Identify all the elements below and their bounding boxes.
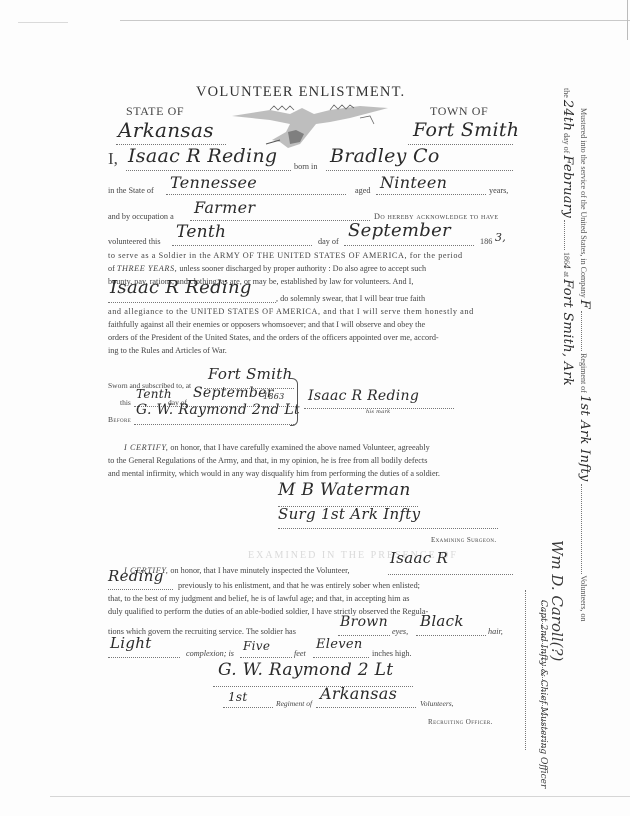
muster-regiment-label: Regiment of: [579, 353, 588, 393]
muster-title-line: [525, 590, 526, 750]
mustered-label: Mustered into the service of the United …: [579, 108, 588, 298]
inspected-name-line-2: [108, 589, 173, 590]
enlistment-text-line-5: of THREE YEARS, unless sooner discharged…: [108, 263, 513, 275]
hair-label: hair,: [488, 626, 503, 638]
day-of-label: day of: [318, 236, 339, 248]
enlistment-text-line-8: and allegiance to the UNITED STATES OF A…: [108, 306, 513, 318]
surgeon-cert-line-1: I CERTIFY, on honor, that I have careful…: [108, 442, 513, 454]
regiment-state: Arkansas: [320, 688, 397, 700]
inspected-name-line-1: [388, 574, 513, 575]
oath-text: , do solemnly swear, that I will bear tr…: [276, 293, 425, 305]
occupation-dotted-line: [190, 220, 370, 221]
complexion-label: complexion; is: [186, 648, 234, 660]
inspected-name-2: Reding: [108, 570, 164, 582]
sworn-bracket: [290, 378, 298, 426]
enlistment-text-line-9: faithfully against all their enemies or …: [108, 319, 513, 331]
surgeon-rank: Surg 1st Ark Infty: [278, 508, 420, 520]
muster-volunteers-on: Volunteers, on: [579, 575, 588, 621]
height-feet: Five: [243, 640, 270, 652]
born-in-label: born in: [294, 161, 317, 173]
age-dotted-line: [376, 194, 486, 195]
oath-name: Isaac R Reding: [110, 282, 252, 294]
sworn-day: Tenth: [136, 388, 172, 400]
hair-color-line: [416, 635, 486, 636]
feet-label: feet: [294, 648, 306, 660]
aged-label: aged: [355, 185, 370, 197]
surgeon-certify-label: I CERTIFY,: [124, 443, 168, 452]
volunteer-signature: Isaac R Reding: [308, 390, 419, 402]
page-edge-top: [120, 20, 630, 21]
inches-label: inches high.: [372, 648, 412, 660]
year-suffix: 3,: [495, 232, 506, 244]
muster-officer-title: Capt 2nd Infty & Chief Mustering Officer: [538, 600, 548, 788]
surgeon-cert-text-1: on honor, that I have carefully examined…: [170, 443, 429, 452]
year-prefix: 186: [480, 236, 492, 248]
month-dotted-line: [344, 245, 474, 246]
muster-regiment: 1st Ark Infty: [577, 395, 592, 482]
inspected-name-1: Isaac R: [390, 552, 448, 564]
document-title: VOLUNTEER ENLISTMENT.: [196, 86, 405, 98]
recruit-cert-text-1: on honor, that I have minutely inspected…: [170, 566, 349, 575]
i-label: I,: [108, 153, 118, 165]
town-of-label: TOWN OF: [430, 105, 488, 117]
recruit-cert-line-3: that, to the best of my judgment and bel…: [108, 593, 513, 605]
age-value: Ninteen: [380, 177, 447, 189]
three-years-text: THREE YEARS,: [117, 264, 177, 273]
page-edge-right: [627, 0, 628, 40]
muster-company: F: [577, 300, 592, 309]
regiment-number-line: [223, 707, 273, 708]
before-dotted-line: [134, 424, 294, 425]
sworn-this-label: this: [120, 397, 131, 409]
line5-post: unless sooner discharged by proper autho…: [179, 264, 426, 273]
eye-color-line: [338, 635, 390, 636]
eye-color: Brown: [340, 616, 388, 628]
muster-regiment-line: [581, 484, 582, 574]
enlistment-document-page: VOLUNTEER ENLISTMENT. STATE OF TOWN OF A…: [0, 0, 630, 816]
recruit-cert-line-1: I CERTIFY, on honor, that I have minutel…: [108, 565, 513, 577]
state-of-label: STATE OF: [126, 105, 184, 117]
volunteered-label: volunteered this: [108, 236, 161, 248]
page-edge-bottom: [50, 796, 630, 797]
height-feet-line: [240, 657, 292, 658]
town-value: Fort Smith: [413, 124, 519, 136]
volunteered-month: September: [348, 225, 451, 237]
height-inches-line: [313, 657, 369, 658]
muster-place: Fort Smith, Ark: [560, 279, 575, 386]
state-of-birth-label: in the State of: [108, 185, 154, 197]
complexion-value: Light: [110, 637, 152, 649]
muster-day-of: day of: [562, 133, 571, 153]
line5-pre: of: [108, 264, 115, 273]
muster-at-label: at: [562, 271, 571, 277]
sworn-month: September: [193, 387, 274, 399]
muster-year-label: 186: [562, 252, 571, 264]
state-value: Arkansas: [118, 124, 214, 136]
born-in-dotted-line: [326, 170, 513, 171]
sworn-officer: G. W. Raymond 2nd Lt: [136, 404, 300, 416]
surgeon-cert-line-2: to the General Regulations of the Army, …: [108, 455, 513, 467]
regiment-number: 1st: [228, 691, 248, 703]
oath-name-dotted-line: [108, 302, 276, 303]
enlistment-text-line-10: orders of the President of the United St…: [108, 332, 513, 344]
hair-color: Black: [420, 615, 464, 627]
muster-month-line: [564, 220, 565, 250]
occupation-value: Farmer: [194, 202, 255, 214]
surgeon-cert-line-3: and mental infirmity, which would in any…: [108, 468, 513, 480]
complexion-line: [108, 657, 180, 658]
sworn-place: Fort Smith: [208, 368, 293, 380]
signature-dotted-line: [304, 408, 454, 409]
muster-company-line: [581, 311, 582, 351]
state-of-birth-value: Tennessee: [170, 177, 257, 189]
eyes-label: eyes,: [392, 626, 408, 638]
before-label: Before: [108, 414, 131, 426]
smudge-mark: [18, 22, 68, 40]
enlistment-text-line-4: to serve as a Soldier in the ARMY OF THE…: [108, 250, 513, 262]
recruit-cert-line-2: previously to his enlistment, and that h…: [178, 580, 420, 592]
regiment-state-line: [316, 707, 416, 708]
recruiting-officer-signature: G. W. Raymond 2 Lt: [218, 664, 393, 676]
examining-surgeon-title: Examining Surgeon.: [431, 534, 497, 546]
muster-month: February: [560, 155, 575, 218]
years-label: years,: [489, 185, 508, 197]
recruiting-officer-title: Recruiting Officer.: [428, 716, 493, 728]
name-dotted-line: [126, 170, 291, 171]
volunteered-day-dotted-line: [172, 245, 312, 246]
muster-the-label: the: [562, 88, 571, 98]
volunteered-day: Tenth: [176, 226, 226, 238]
regiment-label: Regiment of: [276, 698, 312, 710]
occupation-label: and by occupation a: [108, 211, 174, 223]
surgeon-rank-line: [278, 528, 498, 529]
margin-mustered-text-1: Mustered into the service of the United …: [577, 108, 592, 622]
margin-mustered-text-2: the 24th day of February 1864 at Fort Sm…: [560, 88, 575, 386]
surgeon-signature: M B Waterman: [278, 484, 411, 496]
enlistment-text-line-11: ing to the Rules and Articles of War.: [108, 345, 513, 357]
height-inches: Eleven: [316, 639, 363, 651]
born-in-value: Bradley Co: [330, 150, 440, 162]
volunteer-name: Isaac R Reding: [128, 150, 277, 162]
muster-year: 4: [562, 264, 571, 269]
muster-officer-signature: Wm D. Caroll(?): [548, 540, 566, 661]
muster-day: 24th: [560, 100, 575, 131]
volunteers-label: Volunteers,: [420, 698, 454, 710]
state-of-birth-dotted-line: [166, 194, 346, 195]
